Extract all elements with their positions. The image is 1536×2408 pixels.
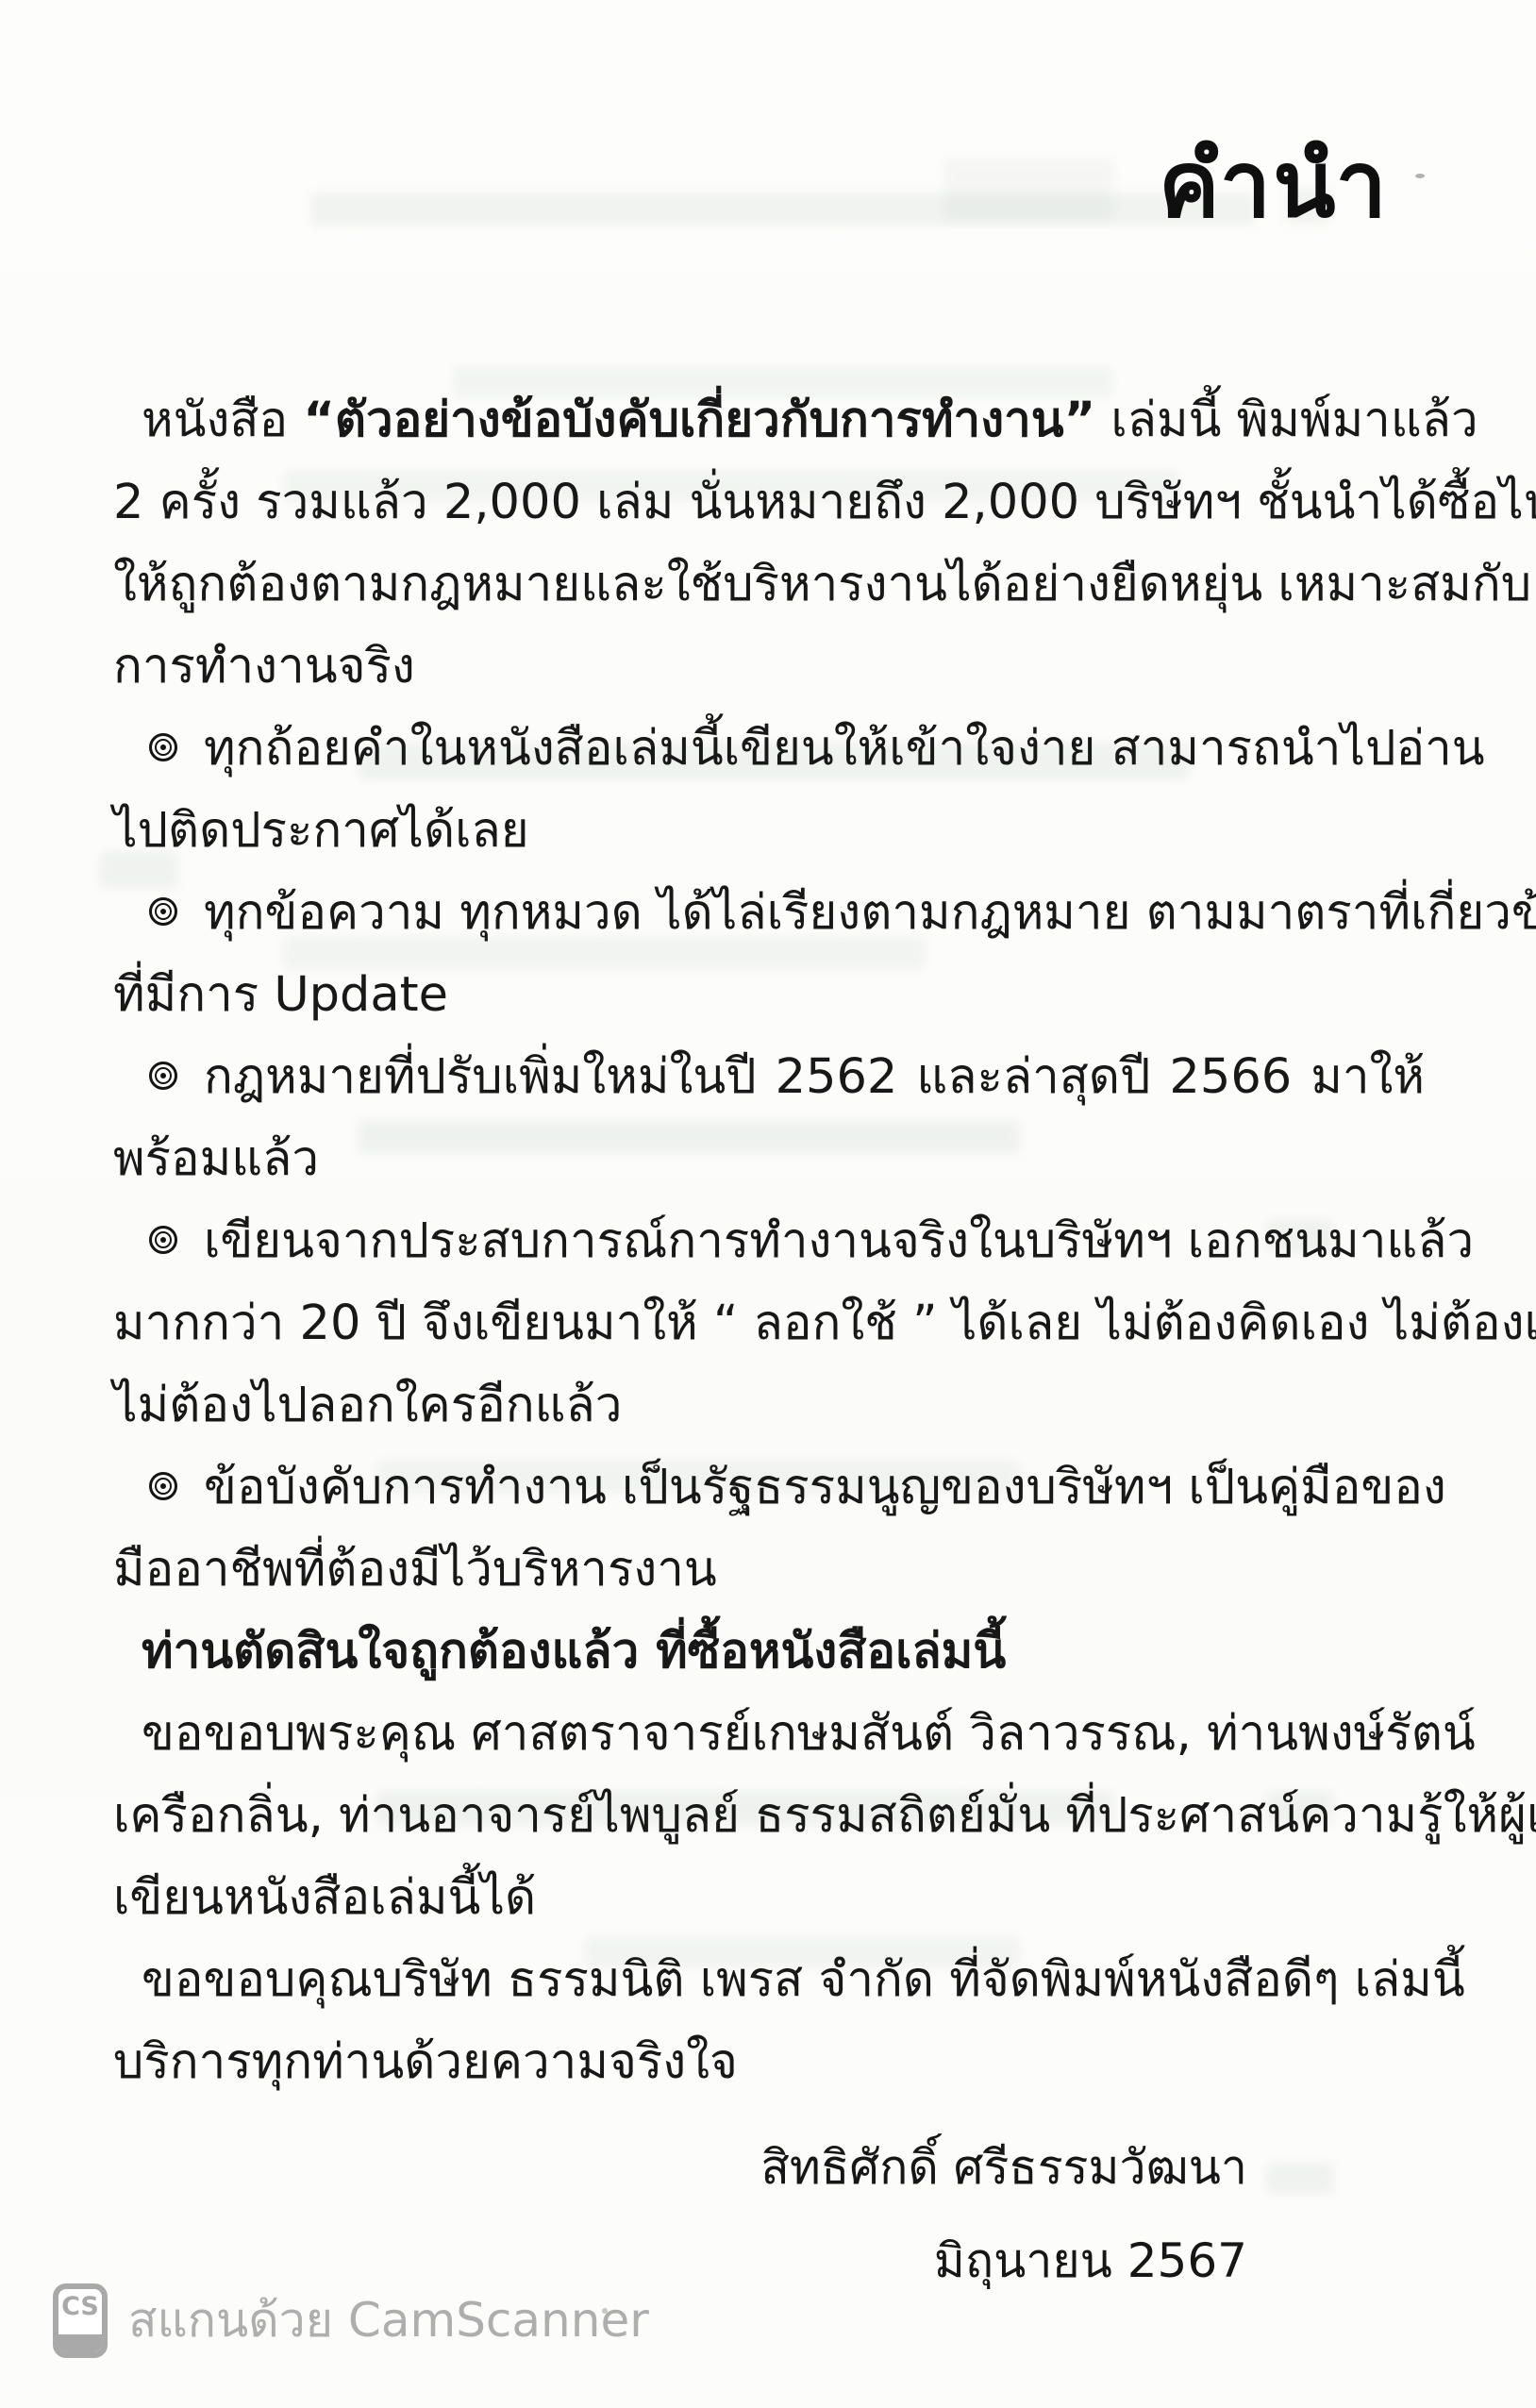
text-segment: ท่านตัดสินใจถูกต้องแล้ว ที่ซื้อหนังสือเล… <box>142 1624 1006 1680</box>
text-line: บริการทุกท่านด้วยความจริงใจ <box>113 2021 1425 2103</box>
camscanner-watermark: CS สแกนด้วย CamScanner <box>53 2282 649 2359</box>
text-segment: เขียนจากประสบการณ์การทำงานจริงในบริษัทฯ … <box>204 1213 1474 1269</box>
text-line: พร้อมแล้ว <box>113 1118 1425 1200</box>
text-line: ทุกถ้อยคำในหนังสือเล่มนี้เขียนให้เข้าใจง… <box>113 708 1425 790</box>
scan-speck <box>1415 174 1425 178</box>
fongman-bullet-icon <box>149 897 177 926</box>
text-segment: เขียนหนังสือเล่มนี้ได้ <box>113 1870 536 1926</box>
camscanner-label: สแกนด้วย CamScanner <box>128 2283 649 2358</box>
text-segment: ไม่ต้องไปลอกใครอีกแล้ว <box>113 1378 622 1433</box>
text-line: การทำงานจริง <box>113 626 1425 708</box>
text-segment: เล่มนี้ พิมพ์มาแล้ว <box>1095 393 1478 448</box>
publish-date: มิถุนายน 2567 <box>760 2215 1247 2308</box>
page-title: คำนำ <box>0 132 1389 238</box>
text-line: เขียนจากประสบการณ์การทำงานจริงในบริษัทฯ … <box>113 1200 1425 1282</box>
text-segment: ขอขอบคุณบริษัท ธรรมนิติ เพรส จำกัด ที่จั… <box>142 1952 1465 2008</box>
text-segment: เครือกลิ่น, ท่านอาจารย์ไพบูลย์ ธรรมสถิตย… <box>113 1788 1536 1844</box>
text-line: ท่านตัดสินใจถูกต้องแล้ว ที่ซื้อหนังสือเล… <box>113 1611 1425 1693</box>
text-line: 2 ครั้ง รวมแล้ว 2,000 เล่ม นั่นหมายถึง 2… <box>113 461 1425 543</box>
fongman-bullet-icon <box>149 1062 177 1090</box>
cs-logo-text: CS <box>58 2294 102 2319</box>
signature-block: สิทธิศักดิ์ ศรีธรรมวัฒนา มิถุนายน 2567 <box>760 2121 1247 2308</box>
text-line: หนังสือ “ตัวอย่างข้อบังคับเกี่ยวกับการทำ… <box>113 379 1425 461</box>
text-line: ที่มีการ Update <box>113 954 1425 1036</box>
text-line: เขียนหนังสือเล่มนี้ได้ <box>113 1857 1425 1939</box>
bleed-through-ghost <box>1267 2164 1333 2194</box>
text-segment: ทุกถ้อยคำในหนังสือเล่มนี้เขียนให้เข้าใจง… <box>204 721 1485 777</box>
text-line: ทุกข้อความ ทุกหมวด ได้ไล่เรียงตามกฎหมาย … <box>113 872 1425 954</box>
text-segment: กฎหมายที่ปรับเพิ่มใหม่ในปี 2562 และล่าสุ… <box>204 1049 1425 1105</box>
text-segment: มืออาชีพที่ต้องมีไว้บริหารงาน <box>113 1542 717 1597</box>
text-segment: บริการทุกท่านด้วยความจริงใจ <box>113 2034 738 2090</box>
cs-logo-bar <box>57 2334 104 2354</box>
text-line: มืออาชีพที่ต้องมีไว้บริหารงาน <box>113 1529 1425 1611</box>
text-segment: ที่มีการ Update <box>113 967 448 1023</box>
fongman-bullet-icon <box>149 1472 177 1500</box>
text-line: ข้อบังคับการทำงาน เป็นรัฐธรรมนูญของบริษั… <box>113 1446 1425 1529</box>
text-segment: พร้อมแล้ว <box>113 1131 319 1187</box>
text-segment: ไปติดประกาศได้เลย <box>113 803 529 859</box>
fongman-bullet-icon <box>149 733 177 761</box>
text-segment: ให้ถูกต้องตามกฎหมายและใช้บริหารงานได้อย่… <box>113 557 1531 612</box>
text-line: มากกว่า 20 ปี จึงเขียนมาให้ “ ลอกใช้ ” ไ… <box>113 1282 1425 1364</box>
text-line: ไปติดประกาศได้เลย <box>113 790 1425 872</box>
author-name: สิทธิศักดิ์ ศรีธรรมวัฒนา <box>760 2121 1247 2215</box>
text-segment: หนังสือ <box>142 393 303 448</box>
text-line: ขอขอบคุณบริษัท ธรรมนิติ เพรส จำกัด ที่จั… <box>113 1939 1425 2021</box>
text-segment: มากกว่า 20 ปี จึงเขียนมาให้ “ ลอกใช้ ” ไ… <box>113 1296 1536 1351</box>
text-line: ไม่ต้องไปลอกใครอีกแล้ว <box>113 1364 1425 1446</box>
text-line: กฎหมายที่ปรับเพิ่มใหม่ในปี 2562 และล่าสุ… <box>113 1036 1425 1118</box>
text-segment: 2 ครั้ง รวมแล้ว 2,000 เล่ม นั่นหมายถึง 2… <box>113 475 1536 530</box>
text-segment: ทุกข้อความ ทุกหมวด ได้ไล่เรียงตามกฎหมาย … <box>204 885 1536 941</box>
scanned-book-page: คำนำ หนังสือ “ตัวอย่างข้อบังคับเกี่ยวกับ… <box>0 0 1536 2408</box>
camscanner-logo-icon: CS <box>53 2283 108 2358</box>
text-segment: “ตัวอย่างข้อบังคับเกี่ยวกับการทำงาน” <box>303 393 1095 448</box>
text-segment: ข้อบังคับการทำงาน เป็นรัฐธรรมนูญของบริษั… <box>204 1460 1446 1515</box>
text-line: ขอขอบพระคุณ ศาสตราจารย์เกษมสันต์ วิลาวรร… <box>113 1693 1425 1775</box>
text-line: ให้ถูกต้องตามกฎหมายและใช้บริหารงานได้อย่… <box>113 543 1425 626</box>
text-segment: ขอขอบพระคุณ ศาสตราจารย์เกษมสันต์ วิลาวรร… <box>142 1706 1476 1762</box>
fongman-bullet-icon <box>149 1226 177 1254</box>
preface-body: หนังสือ “ตัวอย่างข้อบังคับเกี่ยวกับการทำ… <box>113 379 1425 2103</box>
text-segment: การทำงานจริง <box>113 639 415 694</box>
text-line: เครือกลิ่น, ท่านอาจารย์ไพบูลย์ ธรรมสถิตย… <box>113 1775 1425 1857</box>
